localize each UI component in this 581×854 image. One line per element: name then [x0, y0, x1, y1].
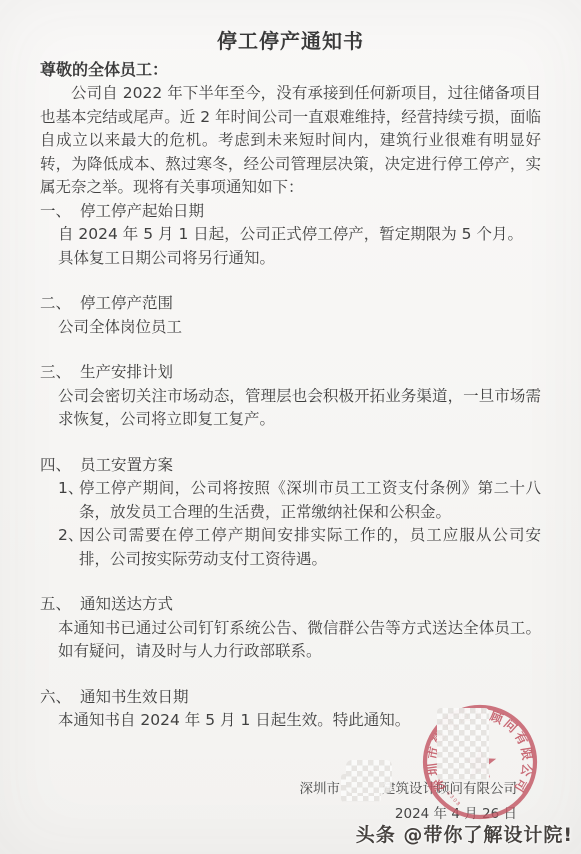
section-number: 六、 [40, 686, 80, 710]
section-heading: 通知送达方式 [80, 595, 173, 613]
section-number: 一、 [40, 200, 80, 224]
section-number: 二、 [40, 292, 80, 316]
section-paragraph: 公司全体岗位员工 [58, 316, 541, 340]
section-production-plan: 三、生产安排计划 公司会密切关注市场动态，管理层也会积极开拓业务渠道，一旦市场需… [40, 361, 541, 432]
section-heading: 员工安置方案 [80, 456, 173, 474]
section-heading-row: 五、通知送达方式 [40, 593, 541, 617]
section-heading-row: 二、停工停产范围 [40, 292, 541, 316]
section-heading-row: 三、生产安排计划 [40, 361, 541, 385]
signature-company-prefix: 深圳市 [300, 781, 341, 797]
section-delivery-method: 五、通知送达方式 本通知书已通过公司钉钉系统公告、微信群公告等方式送达全体员工。… [40, 593, 541, 664]
section-paragraph: 本通知书已通过公司钉钉系统公告、微信群公告等方式送达全体员工。如有疑问，请及时与… [58, 617, 541, 664]
censor-blur-patch [346, 760, 392, 793]
section-heading: 停工停产起始日期 [80, 202, 204, 220]
section-number: 五、 [40, 593, 80, 617]
section-paragraph: 具体复工日期公司将另行通知。 [58, 247, 541, 271]
list-item-text: 因公司需要在停工停产期间安排实际工作的，员工应服从公司安排，公司按实际劳动支付工… [79, 526, 541, 568]
page-title: 停工停产通知书 [40, 28, 541, 54]
section-heading: 通知书生效日期 [80, 688, 189, 706]
list-item-number: 2、 [58, 524, 83, 548]
section-paragraph: 公司会密切关注市场动态，管理层也会积极开拓业务渠道，一旦市场需求恢复，公司将立即… [58, 385, 541, 432]
toutiao-watermark: 头条 @带你了解设计院! [356, 820, 573, 847]
section-number: 四、 [40, 454, 80, 478]
intro-paragraph: 公司自 2022 年下半年至今，没有承接到任何新项目，过往储备项目也基本完结或尾… [40, 82, 541, 200]
section-employee-plan: 四、员工安置方案 1、 停工停产期间，公司将按照《深圳市员工工资支付条例》第二十… [40, 454, 541, 572]
section-paragraph: 自 2024 年 5 月 1 日起，公司正式停工停产，暂定期限为 5 个月。 [58, 223, 541, 247]
list-item: 1、 停工停产期间，公司将按照《深圳市员工工资支付条例》第二十八条，放发员工合理… [58, 477, 541, 524]
salutation: 尊敬的全体员工： [40, 58, 541, 82]
section-start-date: 一、停工停产起始日期 自 2024 年 5 月 1 日起，公司正式停工停产，暂定… [40, 200, 541, 271]
section-scope: 二、停工停产范围 公司全体岗位员工 [40, 292, 541, 339]
list-item-number: 1、 [58, 477, 83, 501]
censor-blur-patch [437, 708, 489, 780]
list-item-text: 停工停产期间，公司将按照《深圳市员工工资支付条例》第二十八条，放发员工合理的生活… [79, 479, 541, 521]
section-heading-row: 一、停工停产起始日期 [40, 200, 541, 224]
list-item: 2、 因公司需要在停工停产期间安排实际工作的，员工应服从公司安排，公司按实际劳动… [58, 524, 541, 571]
section-heading: 停工停产范围 [80, 294, 173, 312]
section-heading-row: 四、员工安置方案 [40, 454, 541, 478]
notice-document-page: 停工停产通知书 尊敬的全体员工： 公司自 2022 年下半年至今，没有承接到任何… [0, 0, 581, 854]
section-number: 三、 [40, 361, 80, 385]
section-heading: 生产安排计划 [80, 363, 173, 381]
